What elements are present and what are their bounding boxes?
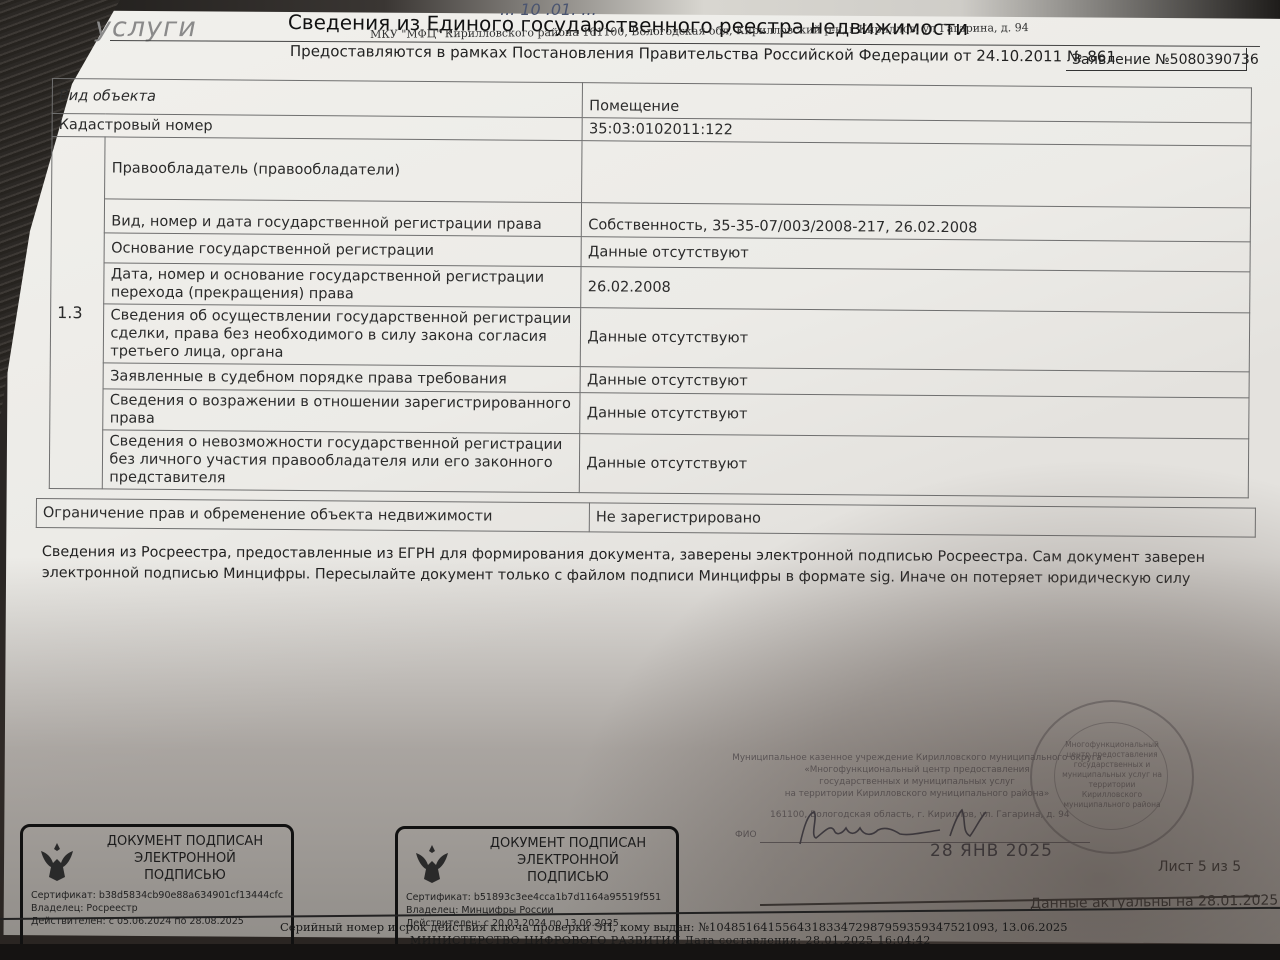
stamp-title: ДОКУМЕНТ ПОДПИСАН ЭЛЕКТРОННОЙ ПОДПИСЬЮ [468,835,668,886]
photo-background-bottom [0,944,1280,960]
mfc-line: «Многофункциональный центр предоставлени… [732,764,1102,776]
row-value: Данные отсутствуют [580,393,1249,439]
stamp-title-line: ДОКУМЕНТ ПОДПИСАН [468,835,668,852]
sheet-number: Лист 5 из 5 [1158,859,1241,875]
rosreestr-signature-stamp: ДОКУМЕНТ ПОДПИСАН ЭЛЕКТРОННОЙ ПОДПИСЬЮ С… [20,824,294,960]
table-row: 1.3 Правообладатель (правообладатели) [52,137,1251,208]
coat-of-arms-icon [33,837,81,885]
signature-notice: Сведения из Росреестра, предоставленные … [42,542,1267,590]
row-value [582,141,1251,208]
stamp-title-line: ЭЛЕКТРОННОЙ [468,852,668,869]
table-row: Сведения об осуществлении государственно… [50,303,1249,371]
encumbrance-label: Ограничение прав и обременение объекта н… [36,499,589,532]
stamp-meta: Сертификат: b38d5834cb90e88a634901cf1344… [31,889,283,928]
table-row: Сведения о невозможности государственной… [49,429,1248,497]
row-value: Данные отсутствуют [580,434,1249,498]
gosuslugi-logo: услуги [95,12,197,43]
encumbrance-table: Ограничение прав и обременение объекта н… [36,498,1256,538]
key-serial-number: Серийный номер и срок действия ключа про… [280,920,1068,934]
section-number: 1.3 [49,137,105,489]
document-page: ... 10 .01. ... услуги Сведения из Едино… [0,0,1280,960]
date-stamp: 28 ЯНВ 2025 [930,841,1053,861]
stamp-title-line: ПОДПИСЬЮ [468,869,668,886]
certificate-owner: Владелец: Росреестр [31,902,283,915]
fio-label: ФИО [735,830,757,840]
row-label: Дата, номер и основание государственной … [104,263,581,308]
object-type-value: Помещение [583,83,1252,123]
object-type-label: Вид объекта [52,79,583,118]
row-label: Правообладатель (правообладатели) [105,137,582,203]
mfc-line: государственных и муниципальных услуг [732,776,1102,788]
row-value: 26.02.2008 [581,267,1250,313]
encumbrance-value: Не зарегистрировано [589,503,1255,537]
row-value: Собственность, 35-35-07/003/2008-217, 26… [582,203,1251,242]
property-table: Вид объекта Помещение Кадастровый номер … [49,78,1252,498]
row-label: Сведения о возражении в отношении зареги… [103,389,580,434]
row-label: Сведения об осуществлении государственно… [104,304,581,367]
certificate-id: Сертификат: b38d5834cb90e88a634901cf1344… [31,889,283,902]
application-number: Заявление №5080390736 [1072,52,1259,68]
mfc-line: Муниципальное казенное учреждение Кирилл… [732,752,1102,764]
certificate-id: Сертификат: b51893c3ee4cca1b7d1164a95519… [406,891,661,904]
coat-of-arms-icon [408,839,456,887]
mfc-stamp: Муниципальное казенное учреждение Кирилл… [732,752,1102,800]
row-label: Заявленные в судебном порядке права треб… [103,363,580,393]
row-label: Сведения о невозможности государственной… [103,430,580,493]
stamp-title-line: ЭЛЕКТРОННОЙ [85,850,285,867]
row-value: Данные отсутствуют [581,308,1250,372]
stamp-title-line: ПОДПИСЬЮ [85,867,285,884]
row-label: Основание государственной регистрации [104,233,581,267]
row-label: Вид, номер и дата государственной регист… [105,199,582,237]
stamp-title: ДОКУМЕНТ ПОДПИСАН ЭЛЕКТРОННОЙ ПОДПИСЬЮ [85,833,285,884]
stamp-title-line: ДОКУМЕНТ ПОДПИСАН [85,833,285,850]
mfc-line: на территории Кирилловского муниципально… [732,788,1102,800]
table-row-encumbrance: Ограничение прав и обременение объекта н… [36,499,1255,538]
